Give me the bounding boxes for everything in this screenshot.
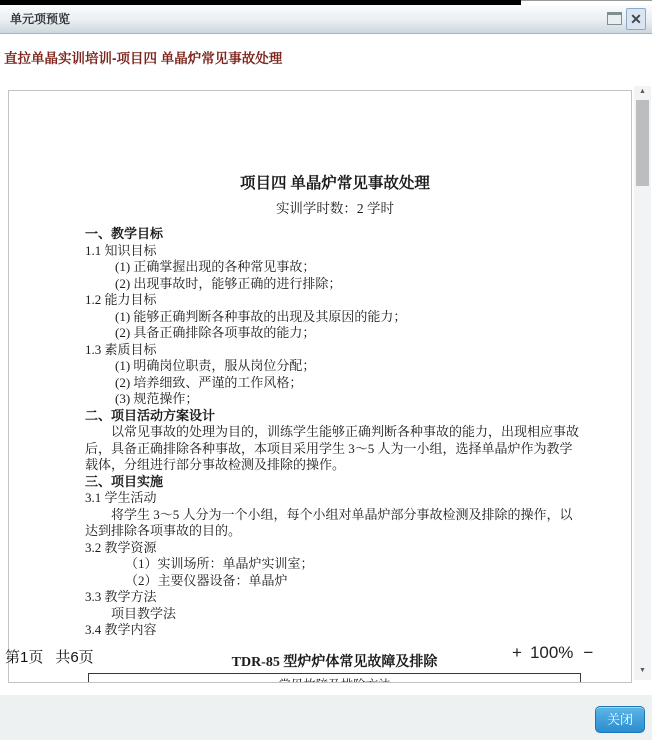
- doc-line: (1) 正确掌握出现的各种常见事故；: [115, 259, 585, 276]
- doc-line: 1.3 素质目标: [85, 342, 585, 359]
- page-status: 第1页共6页: [5, 646, 106, 667]
- doc-line: （1）实训场所：单晶炉实训室；: [125, 556, 585, 573]
- total-pages-label: 共6页: [55, 649, 93, 666]
- vertical-scrollbar[interactable]: ▲ ▼: [634, 86, 651, 680]
- top-edge-line: [521, 0, 652, 1]
- doc-line: 以常见事故的处理为目的，训练学生能够正确判断各种事故的能力，出现相应事故后，具备…: [85, 424, 585, 474]
- doc-line: 1.1 知识目标: [85, 243, 585, 260]
- doc-line: 项目教学法: [111, 606, 585, 623]
- dialog-titlebar: 单元项预览 ✕: [0, 5, 652, 34]
- doc-line: (2) 培养细致、严谨的工作风格；: [115, 375, 585, 392]
- doc-line: 3.2 教学资源: [85, 540, 585, 557]
- doc-line: (1) 能够正确判断各种事故的出现及其原因的能力；: [115, 309, 585, 326]
- zoom-out-button[interactable]: −: [583, 643, 593, 663]
- close-button[interactable]: 关闭: [595, 706, 645, 733]
- dialog-title: 单元项预览: [10, 5, 70, 33]
- doc-title: 项目四 单晶炉常见事故处理: [85, 171, 585, 193]
- doc-line: 3.3 教学方法: [85, 589, 585, 606]
- close-icon[interactable]: ✕: [626, 8, 646, 30]
- document-preview-viewer[interactable]: 项目四 单晶炉常见事故处理 实训学时数：2 学时 一、教学目标1.1 知识目标(…: [8, 90, 632, 683]
- doc-line: (3) 规范操作；: [115, 391, 585, 408]
- doc-subtitle: 实训学时数：2 学时: [85, 197, 585, 217]
- fault-table-title: TDR-85 型炉炉体常见故障及排除: [88, 651, 581, 671]
- doc-line: 一、教学目标: [85, 226, 585, 243]
- doc-body: 一、教学目标1.1 知识目标(1) 正确掌握出现的各种常见事故；(2) 出现事故…: [85, 226, 585, 639]
- current-page-label: 第1页: [5, 649, 43, 666]
- maximize-icon[interactable]: [607, 12, 622, 25]
- doc-line: 3.1 学生活动: [85, 490, 585, 507]
- dialog-footer: 关闭: [0, 695, 652, 740]
- fault-table: 常见故障及排除方法 序号故障现象产生原因排除方法: [88, 673, 581, 684]
- doc-line: 二、项目活动方案设计: [85, 408, 585, 425]
- doc-line: (2) 具备正确排除各项事故的能力；: [115, 325, 585, 342]
- document-page: 项目四 单晶炉常见事故处理 实训学时数：2 学时 一、教学目标1.1 知识目标(…: [85, 171, 585, 683]
- fault-table-block: TDR-85 型炉炉体常见故障及排除 常见故障及排除方法 序号故障现象产生原因排…: [88, 651, 581, 684]
- doc-line: 1.2 能力目标: [85, 292, 585, 309]
- doc-line: 将学生 3～5 人分为一个小组，每个小组对单晶炉部分事故检测及排除的操作，以达到…: [85, 507, 585, 540]
- scroll-down-icon[interactable]: ▼: [634, 665, 651, 677]
- scrollbar-thumb[interactable]: [636, 100, 649, 186]
- doc-line: 3.4 教学内容: [85, 622, 585, 639]
- fault-table-span-header: 常见故障及排除方法: [89, 673, 581, 683]
- doc-line: (2) 出现事故时，能够正确的进行排除；: [115, 276, 585, 293]
- zoom-controls: + 100% −: [512, 643, 622, 663]
- scroll-up-icon[interactable]: ▲: [634, 86, 651, 98]
- doc-line: 三、项目实施: [85, 474, 585, 491]
- doc-line: (1) 明确岗位职责，服从岗位分配；: [115, 358, 585, 375]
- doc-line: （2）主要仪器设备：单晶炉: [125, 573, 585, 590]
- document-header-title: 直拉单晶实训培训-项目四 单晶炉常见事故处理: [4, 47, 644, 67]
- zoom-in-button[interactable]: +: [512, 643, 522, 663]
- zoom-level: 100%: [530, 643, 573, 663]
